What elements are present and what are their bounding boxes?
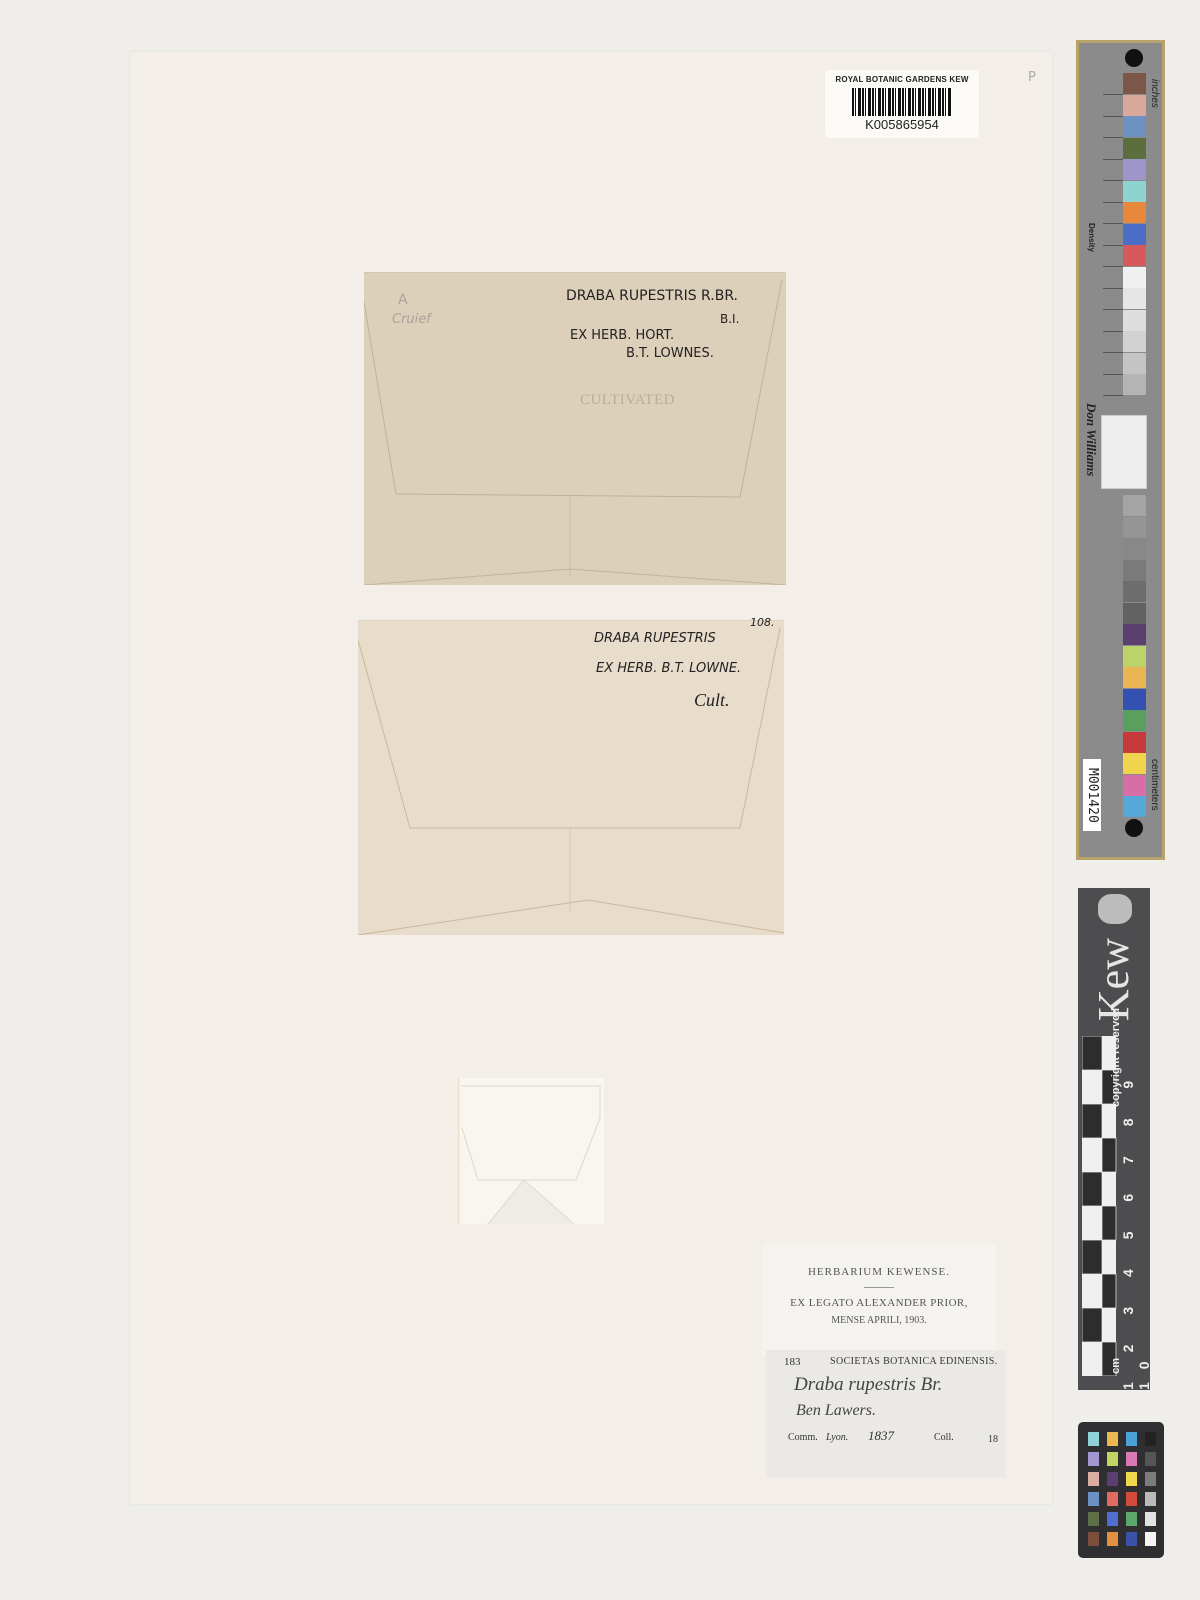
maker-name: Don Williams [1083, 403, 1099, 476]
herbarium-line2: MENSE APRILI, 1903. [762, 1315, 996, 1326]
checker-square [1107, 1452, 1118, 1466]
color-patch [1123, 288, 1146, 309]
corner-pencil-mark: P [1028, 70, 1036, 85]
envelope-2-number: 108. [750, 616, 775, 629]
collection-year: 1837 [868, 1428, 894, 1444]
checker-square [1107, 1432, 1118, 1446]
density-cell [1103, 245, 1123, 267]
density-cell [1103, 138, 1123, 160]
envelope-2-note: Cult. [694, 690, 730, 711]
ruler-hole-icon [1125, 819, 1143, 837]
ruler-code: M001420 [1083, 759, 1101, 831]
locality: Ben Lawers. [796, 1402, 876, 1420]
label-number: 183 [784, 1356, 801, 1368]
comm-name: Lyon. [826, 1432, 848, 1443]
ruler-inset-target [1101, 415, 1147, 489]
color-patch [1123, 138, 1146, 159]
gray-patch [1123, 538, 1146, 559]
comm-label: Comm. [788, 1432, 818, 1443]
institution-name: ROYAL BOTANIC GARDENS KEW [825, 75, 979, 84]
color-checker-card [1078, 1422, 1164, 1558]
density-cell [1103, 353, 1123, 375]
density-cell [1103, 288, 1123, 310]
kew-crest-icon [1098, 894, 1132, 924]
herbarium-title: HERBARIUM KEWENSE. [762, 1266, 996, 1278]
density-cell [1103, 202, 1123, 224]
checker-square [1126, 1492, 1137, 1506]
color-patch [1123, 310, 1146, 331]
density-cell [1103, 116, 1123, 138]
checker-square [1145, 1512, 1156, 1526]
checker-square [1088, 1472, 1099, 1486]
color-patch [1123, 267, 1146, 288]
color-patch [1123, 667, 1146, 688]
color-patch [1123, 159, 1146, 180]
density-cell [1103, 267, 1123, 289]
gray-patch [1123, 581, 1146, 602]
color-patch [1123, 374, 1146, 395]
color-patch [1123, 353, 1146, 374]
color-density-ruler: inches Density Don Williams M001420 cent… [1076, 40, 1165, 860]
divider [864, 1287, 894, 1288]
gray-patch [1123, 495, 1146, 516]
checker-square [1088, 1452, 1099, 1466]
coll-label: Coll. [934, 1432, 954, 1443]
checker-square [1088, 1432, 1099, 1446]
envelope-2-title: DRABA RUPESTRIS [594, 631, 716, 646]
density-cell [1103, 95, 1123, 117]
envelope-1-line2: B.T. LOWNES. [626, 346, 714, 361]
color-patch [1123, 202, 1146, 223]
color-patch [1123, 646, 1146, 667]
herbarium-line1: EX LEGATO ALEXANDER PRIOR, [762, 1297, 996, 1309]
coll-number: 18 [988, 1434, 998, 1445]
specimen-envelope-1[interactable]: A Cruief DRABA RUPESTRIS R.BR. B.I. EX H… [364, 272, 786, 585]
checker-square [1126, 1472, 1137, 1486]
density-label: Density [1087, 223, 1096, 252]
packet-fold-lines [458, 1078, 604, 1224]
barcode-label: ROYAL BOTANIC GARDENS KEW K005865954 [825, 70, 979, 138]
society-name: SOCIETAS BOTANICA EDINENSIS. [830, 1356, 998, 1367]
color-patch [1123, 181, 1146, 202]
checker-square [1145, 1532, 1156, 1546]
density-cell [1103, 159, 1123, 181]
color-patch [1123, 624, 1146, 645]
units-centimeters: centimeters [1149, 759, 1160, 811]
units-inches: inches [1149, 79, 1160, 108]
color-patch [1123, 753, 1146, 774]
checker-square [1126, 1532, 1137, 1546]
scale-numbers: 1 2 3 4 5 6 7 8 9 10 [1120, 1028, 1152, 1390]
checker-square [1145, 1432, 1156, 1446]
color-patch [1123, 245, 1146, 266]
density-cell [1103, 374, 1123, 396]
color-patch [1123, 775, 1146, 796]
barcode-number: K005865954 [825, 117, 979, 132]
density-cell [1103, 331, 1123, 353]
density-cell [1103, 73, 1123, 95]
envelope-1-title: DRABA RUPESTRIS R.BR. [566, 288, 738, 304]
checker-square [1126, 1452, 1137, 1466]
cultivated-stamp: CULTIVATED [580, 392, 675, 409]
kew-scale-bar: Kew 1 2 3 4 5 6 7 8 9 10 copyright reser… [1078, 888, 1150, 1390]
gray-patch [1123, 560, 1146, 581]
barcode-icon [852, 88, 952, 116]
specimen-packet-small[interactable] [458, 1078, 604, 1224]
color-patch [1123, 710, 1146, 731]
density-cell [1103, 310, 1123, 332]
ruler-hole-icon [1125, 49, 1143, 67]
checker-square [1088, 1532, 1099, 1546]
pencil-note-2: Cruief [392, 312, 431, 327]
checker-square [1107, 1512, 1118, 1526]
density-cell [1103, 181, 1123, 203]
envelope-2-line1: EX HERB. B.T. LOWNE. [596, 661, 741, 676]
pencil-note-a: A [398, 292, 408, 308]
societas-botanica-label: 183 SOCIETAS BOTANICA EDINENSIS. Draba r… [766, 1350, 1006, 1478]
checker-square [1145, 1452, 1156, 1466]
color-patch [1123, 224, 1146, 245]
checker-square [1088, 1512, 1099, 1526]
gray-patch [1123, 603, 1146, 624]
density-cell [1103, 224, 1123, 246]
color-patch [1123, 689, 1146, 710]
color-patch [1123, 95, 1146, 116]
scale-unit: cm [1110, 1358, 1122, 1374]
color-patch [1123, 796, 1146, 817]
checker-square [1126, 1512, 1137, 1526]
specimen-envelope-2[interactable]: 108. DRABA RUPESTRIS EX HERB. B.T. LOWNE… [358, 620, 784, 935]
envelope-1-line1: EX HERB. HORT. [570, 328, 674, 343]
checker-square [1088, 1492, 1099, 1506]
color-patch [1123, 331, 1146, 352]
checker-square [1107, 1532, 1118, 1546]
color-patch [1123, 73, 1146, 94]
species-name: Draba rupestris Br. [794, 1374, 942, 1396]
checker-square [1107, 1472, 1118, 1486]
herbarium-kewense-label: HERBARIUM KEWENSE. EX LEGATO ALEXANDER P… [762, 1244, 996, 1356]
envelope-1-ref: B.I. [720, 312, 739, 326]
checker-square [1145, 1472, 1156, 1486]
copyright-text: copyright reserved [1110, 1008, 1122, 1107]
color-patch [1123, 732, 1146, 753]
checker-square [1126, 1432, 1137, 1446]
gray-patch [1123, 517, 1146, 538]
checker-square [1145, 1492, 1156, 1506]
color-patch [1123, 116, 1146, 137]
checker-square [1107, 1492, 1118, 1506]
